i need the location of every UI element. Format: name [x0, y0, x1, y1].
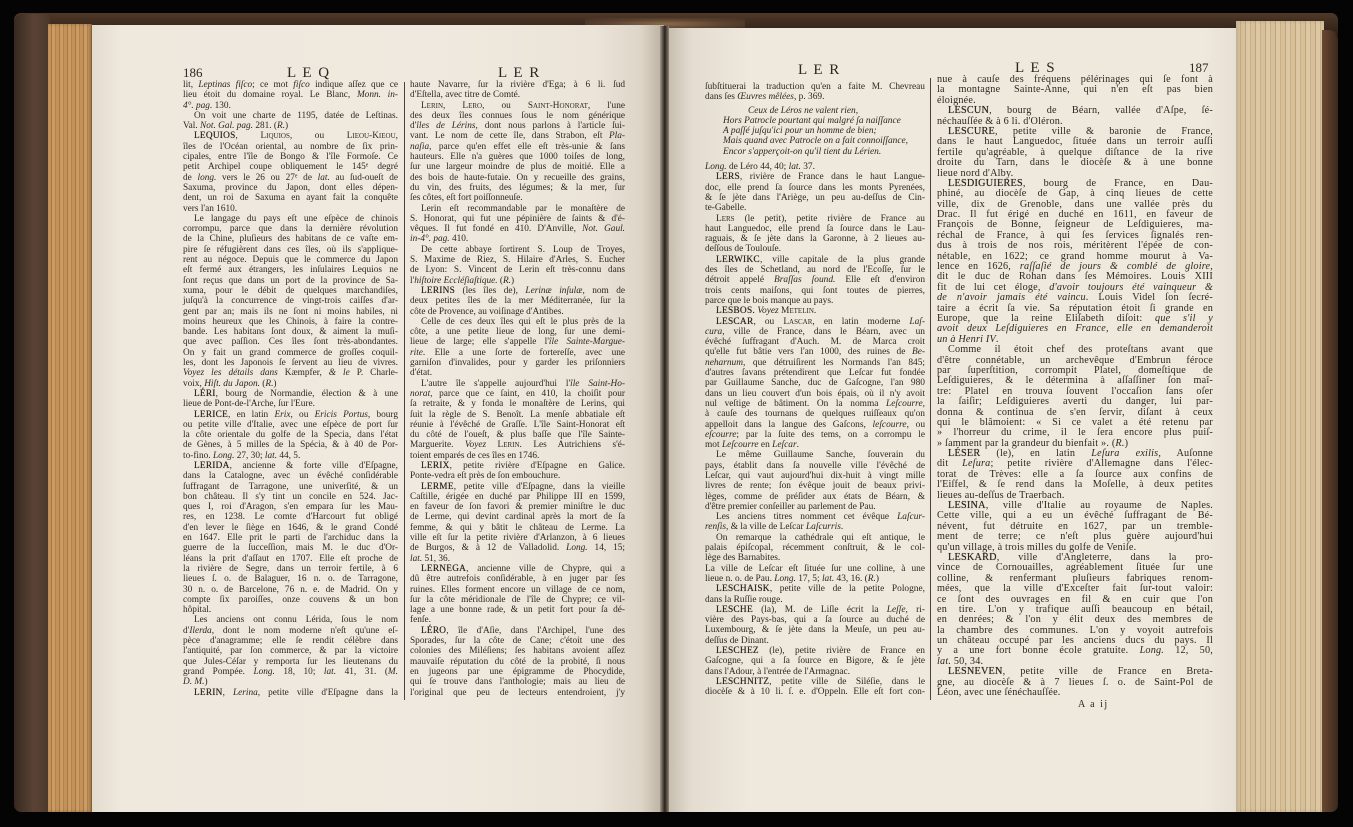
text-line: fenſe. — [410, 615, 625, 625]
text-line: dans l'Adour, à l'entrée de l'Armagnac. — [705, 667, 925, 677]
text-line: S. Maxime de Riez, S. Hilaire d'Arles, S… — [410, 255, 625, 265]
dictionary-entry: LESCHAISK, petite ville de la petite Pol… — [705, 584, 925, 605]
superscript: e — [366, 163, 369, 169]
small-caps-text: Lerin — [498, 440, 520, 450]
text-line: La ville de Leſcar eſt ſituée ſur une co… — [705, 564, 925, 574]
text-line: réunie à l'évêché de Graſſe. L'île Saint… — [410, 420, 625, 430]
headword: LESDIGUIERES — [948, 178, 1023, 189]
page-number: 186 — [183, 65, 203, 81]
dictionary-entry: Long. de Léro 44, 40; lat. 37. — [705, 162, 925, 172]
headword: LERWIKC — [716, 255, 760, 265]
text-line: ſuit la règle de S. Benoît. La menſe abb… — [410, 410, 625, 420]
text-line: Le langage du pays eſt une eſpèce de chi… — [183, 214, 398, 224]
text-line: les, dont les Japonois ſe ſervent au lie… — [183, 358, 398, 368]
text-line: Lerin eſt recommandable par le monaſtère… — [410, 204, 625, 214]
italic-text: Hiſt. du Japon. — [204, 379, 260, 389]
headword: LESCHEZ — [716, 646, 759, 656]
text-line: LESCHEZ (le), petite rivière de France e… — [705, 646, 925, 656]
text-line: bande. Les habitans ſont doux, & aiment … — [183, 327, 398, 337]
dictionary-entry: lit, Leptinas fiſco; ce mot fiſco indiqu… — [183, 80, 398, 111]
text-line: lit, Leptinas fiſco; ce mot fiſco indiqu… — [183, 80, 398, 90]
text-line: On y fait un grand commerce de groſſes c… — [183, 348, 398, 358]
text-line: res, en 1238. Le comte d'Harcourt fut ob… — [183, 512, 398, 522]
italic-text: de n'avoir jamais été vaincu — [937, 292, 1086, 303]
text-line: Léon, avec une ſénéchauſſée. — [937, 688, 1213, 698]
text-line: corrompu, parce que dans la dernière rév… — [183, 224, 398, 234]
text-line: d'îles de Lérins, dont nous parlons à l'… — [410, 121, 625, 131]
headword: LÉRI — [194, 389, 216, 399]
dictionary-entry: nue à cauſe des fréquens pélérinages qui… — [937, 75, 1213, 106]
text-line: pèce d'anagramme; elle ſe rendit célèbre… — [183, 636, 398, 646]
book-cover-left — [14, 14, 50, 812]
italic-text: Leſſe — [887, 605, 906, 615]
text-line: LESCAR, ou Lascar, en latin moderne Laſ- — [705, 317, 925, 327]
text-line: vers l'an 1610. — [183, 204, 398, 214]
printer-signature-mark: A a ij — [1078, 699, 1109, 711]
italic-text: Leſcourre — [886, 399, 923, 409]
text-line: LERINS (les îles de), Lerinæ inſulæ, nom… — [410, 286, 625, 296]
italic-text: Leſura — [962, 458, 990, 469]
text-line: hôpital. — [183, 605, 398, 615]
dictionary-entry: L'autre île s'appelle aujourd'hui l'île … — [410, 379, 625, 461]
italic-text: R. — [503, 276, 511, 286]
text-line: de Lerme, qui devint cardinal après la m… — [410, 512, 625, 522]
text-line: livres de rente; ſon évêque jouit de bea… — [705, 481, 925, 491]
right-page-column-1: ſubſtituerai la traduction qu'en a faite… — [705, 82, 925, 698]
text-line: ſur la côte méridionale de l'île de Chyp… — [410, 595, 625, 605]
dictionary-entry: LESBOS. Voyez Metelin. — [705, 306, 925, 316]
text-line: la rivière de Segre, dans un terroir fer… — [183, 564, 398, 574]
text-line: lieue n. o. de Pau. Long. 17, 5; lat. 43… — [705, 574, 925, 584]
running-head: L E R — [498, 65, 541, 81]
italic-text: cura — [705, 327, 722, 337]
text-line: & ſe jète dans l'Ariège, un peu au-deſſu… — [705, 193, 925, 203]
italic-text: lat. — [318, 173, 330, 183]
text-line: S. Honorat, qui fut une pépinière de ſai… — [410, 214, 625, 224]
headword: LESNEVEN — [948, 666, 1003, 677]
text-line: Lers (le petit), petite rivière de Franc… — [705, 214, 925, 224]
text-line: en jugeons par une épigramme de Phocydid… — [410, 667, 625, 677]
text-line: D. M.) — [183, 677, 398, 687]
text-line: pays, établit dans ſa nouvelle ville l'é… — [705, 461, 925, 471]
text-line: de la Chine, pluſieurs des habitans de c… — [183, 234, 398, 244]
dictionary-entry: LESNEVEN, petite ville de France en Bret… — [937, 667, 1213, 698]
text-line: dent, un roi de Saxuma en ayant fait la … — [183, 193, 398, 203]
text-line: Lerin, Lero, ou Saint-Honorat, l'une — [410, 101, 625, 111]
text-line: Hors Patrocle pourtant qui malgré ſa nai… — [705, 116, 925, 126]
text-line: LESBOS. Voyez Metelin. — [705, 306, 925, 316]
italic-text: Voyez — [757, 306, 778, 316]
text-line: que avec paſſion. Ces îles ſont très-abo… — [183, 337, 398, 347]
text-line: in-4°. pag. 410. — [410, 234, 625, 244]
left-page-column-2: haute Navarre, ſur la rivière d'Ega; à 6… — [410, 80, 625, 698]
italic-text: Monn. in- — [357, 90, 398, 100]
italic-text: Œuvres mêlées — [737, 92, 794, 102]
headword: LERIX — [421, 461, 450, 471]
text-line: l'hiſtoire Eccléſiaſtique. (R.) — [410, 276, 625, 286]
italic-text: R. — [265, 379, 273, 389]
dictionary-entry: LERWIKC, ville capitale de la plus grand… — [705, 255, 925, 306]
dictionary-entry: haute Navarre, ſur la rivière d'Ega; à 6… — [410, 80, 625, 101]
text-line: la côte orientale du golfe de la Specia,… — [183, 430, 398, 440]
italic-text: Lerina — [233, 688, 258, 698]
running-head: L E Q — [287, 65, 331, 81]
text-line: dans la Ruſſie rouge. — [705, 595, 925, 605]
text-line: juſqu'à la concurrence de vingt-trois ca… — [183, 296, 398, 306]
dictionary-entry: LESCHE (la), M. de Liſle écrit la Leſſe,… — [705, 605, 925, 646]
text-line: Leſcar, qui vaut aujourd'hui dix-huit à … — [705, 471, 925, 481]
text-line: LERS, rivière de France dans le haut Lan… — [705, 172, 925, 182]
text-line: LERME, petite ville d'Eſpagne, dans la v… — [410, 482, 625, 492]
dictionary-entry: LÉRI, bourg de Normandie, élection & à u… — [183, 389, 398, 410]
verse-quotation: Ceux de Léros ne valent rien,Hors Patroc… — [705, 106, 925, 157]
text-line: xuma, pour le débit de quelques marchand… — [183, 286, 398, 296]
text-line: d'état. — [410, 368, 625, 378]
italic-text: long. — [197, 173, 216, 183]
text-line: garniſon d'invalides, pour y garder les … — [410, 358, 625, 368]
text-line: deux petites îles de la mer Méditerranée… — [410, 296, 625, 306]
italic-text: Ilerda — [189, 626, 211, 636]
headword: LERME — [421, 482, 454, 492]
text-line: rite. Elle a une ſorte de fortereſſe, av… — [410, 348, 625, 358]
book-gutter — [660, 26, 669, 812]
italic-text: Leptinas fiſco — [198, 80, 252, 90]
italic-text: Laſcurris — [806, 522, 841, 532]
headword: LESCHE — [716, 605, 753, 615]
text-line: îles de l'Océan oriental, au nombre de ſ… — [183, 142, 398, 152]
text-line: renſis, & la ville de Leſcar Laſcurris. — [705, 522, 925, 532]
italic-text: Not. Gaul. — [582, 224, 625, 234]
dictionary-entry: LEQUIOS, Liquios, ou Lieou-Kieou,îles de… — [183, 131, 398, 213]
dictionary-entry: Comme il étoit chef des proteſtans avant… — [937, 345, 1213, 449]
text-line: De cette abbaye ſortirent S. Loup de Tro… — [410, 245, 625, 255]
italic-text: Long. — [774, 574, 796, 584]
headword: LESKARD — [948, 552, 997, 563]
dictionary-entry: Les anciens ont connu Lérida, ſous le no… — [183, 615, 398, 687]
text-line: LESCHE (la), M. de Liſle écrit la Leſſe,… — [705, 605, 925, 615]
text-line: d'être premier conſeiller au parlement d… — [705, 502, 925, 512]
text-line: de Lyon: S. Vincent de Lerin eſt très-co… — [410, 265, 625, 275]
dictionary-entry: Lers (le petit), petite rivière de Franc… — [705, 214, 925, 255]
italic-text: Long. — [566, 543, 587, 553]
dictionary-entry: La ville de Leſcar eſt ſituée ſur une co… — [705, 564, 925, 585]
headword: LESCAR — [716, 317, 753, 327]
dictionary-entry: Lerin, Lero, ou Saint-Honorat, l'unedes … — [410, 101, 625, 204]
text-line: vêques. Il fut fondé en 410. D'Anville, … — [410, 224, 625, 234]
text-line: en 1647. Elle prit le parti de l'archidu… — [183, 533, 398, 543]
text-line: Encor s'apperçoit-on qu'il tient du Léri… — [705, 147, 925, 157]
text-line: palais épiſcopal, récemment conſtruit, &… — [705, 543, 925, 553]
text-line: Val. Not. Gal. pag. 281. (R.) — [183, 121, 398, 131]
text-line: léans la prit d'aſſaut en 1707. Elle eſt… — [183, 554, 398, 564]
dictionary-entry: Le même Guillaume Sanche, ſouverain dupa… — [705, 450, 925, 512]
small-caps-text: Saint-Honorat — [528, 101, 588, 111]
text-line: deſſous de Toulouſe. — [705, 244, 925, 254]
dictionary-entry: LESCHEZ (le), petite rivière de France e… — [705, 646, 925, 677]
dictionary-entry: LERIDA, ancienne & forte ville d'Eſpagne… — [183, 461, 398, 615]
text-line: droite du Tarn, dans le diocèſe & à une … — [937, 158, 1213, 168]
text-line: Saxuma, province du Japon, dont elles dé… — [183, 183, 398, 193]
text-line: la ſaiſir; Leſdiguieres averti du danger… — [937, 397, 1213, 407]
italic-text: lat. — [789, 162, 801, 172]
text-line: dans ſes Œuvres mêlées, p. 369. — [705, 92, 925, 102]
italic-text: Long. — [705, 162, 727, 172]
text-line: doc, elle prend ſa ſource dans les monts… — [705, 183, 925, 193]
dictionary-entry: LESDIGUIERES, bourg de France, en Dau-ph… — [937, 179, 1213, 345]
headword: LÉRO — [421, 626, 446, 636]
italic-text: D. M. — [183, 677, 204, 687]
text-line: toient emparés de ces îles en 1746. — [410, 451, 625, 461]
text-line: LESCHAISK, petite ville de la petite Pol… — [705, 584, 925, 594]
text-line: lieues ſ. o. de Balaguer, 16 n. o. de Ta… — [183, 574, 398, 584]
text-line: lieue de Pont-de-l'Arche, ſur l'Eure. — [183, 399, 398, 409]
italic-text: Pla- — [609, 131, 625, 141]
text-line: ſuffragant de Tarragone, une univerſité,… — [183, 482, 398, 492]
headword: LEQUIOS — [194, 131, 236, 141]
headword: LERIN — [194, 688, 223, 698]
dictionary-entry: LERNEGA, ancienne ville de Chypre, qui a… — [410, 564, 625, 626]
text-line: LERIX, petite rivière d'Eſpagne en Galic… — [410, 461, 625, 471]
text-line: Sporades, ſur la côte de Cane; c'étoit u… — [410, 636, 625, 646]
text-line: On remarque la cathédrale qui eſt antiqu… — [705, 533, 925, 543]
text-line: dans la Catalogne, avec un évêché conſid… — [183, 471, 398, 481]
italic-text: Not. Gal. pag. — [200, 121, 253, 131]
italic-text: fiſco — [293, 80, 310, 90]
text-line: mot Leſcourre en Leſcar. — [705, 440, 925, 450]
dictionary-entry: De cette abbaye ſortirent S. Loup de Tro… — [410, 245, 625, 286]
text-line: lage a une bonne rade, & un petit fort p… — [410, 605, 625, 615]
superscript: e — [295, 173, 298, 179]
text-line: On voit une charte de 1195, datée de Leſ… — [183, 111, 398, 121]
text-line: grand Pompée. Long. 18, 10; lat. 41, 31.… — [183, 667, 398, 677]
text-line: l'antiquité, par ſon commerce, & par la … — [183, 646, 398, 656]
text-line: rent au négoce. Depuis que le commerce d… — [183, 255, 398, 265]
italic-text: Erix — [274, 410, 290, 420]
text-line: bon château. Il s'y tint un concile en 5… — [183, 492, 398, 502]
small-caps-text: Lers — [716, 214, 735, 224]
text-line: petit Archipel coupe obliquement le 145e… — [183, 162, 398, 172]
text-line: LÉRO, île d'Aſie, dans l'Archipel, l'une… — [410, 626, 625, 636]
text-line: ſa retraite, & y fonda le monaſtère de L… — [410, 399, 625, 409]
small-caps-text: Lascar — [783, 317, 812, 327]
text-line: te-Gabelle. — [705, 203, 925, 213]
italic-text: R. — [277, 121, 285, 131]
text-line: A paſſé juſqu'ici pour un homme de bien; — [705, 126, 925, 136]
text-line: à cauſe des tournans de quelques ruiſſea… — [705, 409, 925, 419]
headword: LÉSER — [948, 448, 980, 459]
text-line: Luxembourg, & ſe jète dans la Meuſe, un … — [705, 625, 925, 635]
italic-text: que s'il y — [1155, 313, 1213, 324]
italic-text: eſcourre — [705, 430, 736, 440]
italic-text: d'avoir toujours été vainqueur & — [1049, 282, 1213, 293]
text-line: que Jules-Céſar y remporta ſur les lieut… — [183, 657, 398, 667]
text-line: cipales, entre l'île de Bongo & l'île Fo… — [183, 152, 398, 162]
text-line: LERNEGA, ancienne ville de Chypre, qui a — [410, 564, 625, 574]
text-line: LERICE, en latin Erix, ou Ericis Portus,… — [183, 410, 398, 420]
text-line: L'autre île s'appelle aujourd'hui l'île … — [410, 379, 625, 389]
italic-text: 4°. pag. — [183, 101, 212, 111]
dictionary-entry: LERINS (les îles de), Lerinæ inſulæ, nom… — [410, 286, 625, 317]
text-line: hauteurs. Elle n'a guères que 1000 toiſe… — [410, 152, 625, 162]
page-edges-right — [1236, 21, 1324, 812]
italic-text: hiſtoire Eccléſiaſtique. — [414, 276, 497, 286]
column-rule — [404, 82, 405, 700]
dictionary-entry: LÉRO, île d'Aſie, dans l'Archipel, l'une… — [410, 626, 625, 698]
text-line: LERIDA, ancienne & forte ville d'Eſpagne… — [183, 461, 398, 471]
text-line: haute Navarre, ſur la rivière d'Ega; à 6… — [410, 80, 625, 90]
dictionary-entry: Le langage du pays eſt une eſpèce de chi… — [183, 214, 398, 389]
text-line: lat. 51, 36. — [410, 554, 625, 564]
text-line: 30 n. o. de Barcelone, 76 n. e. de Madri… — [183, 585, 398, 595]
dictionary-entry: LÉSER (le), en latin Leſura exilis, Auſo… — [937, 449, 1213, 501]
text-line: appelloit dans la langue des Gaſcons, le… — [705, 420, 925, 430]
italic-text: Laſ- — [909, 317, 925, 327]
running-head: L E R — [798, 62, 841, 78]
small-caps-text: Metelin — [781, 306, 814, 316]
italic-text: Leſcourre — [722, 440, 759, 450]
italic-text: lat. — [937, 656, 951, 667]
text-line: d'en lever le ſiège en 1646, & le grand … — [183, 523, 398, 533]
italic-text: Leſcar — [772, 440, 796, 450]
dictionary-entry: LERICE, en latin Erix, ou Ericis Portus,… — [183, 410, 398, 461]
italic-text: lat. — [324, 667, 336, 677]
dictionary-entry: ſubſtituerai la traduction qu'en a faite… — [705, 82, 925, 103]
small-caps-text: Lerin — [421, 101, 443, 111]
text-line: diocèſe & à 10 li. ſ. e. d'Oppeln. Elle … — [705, 687, 925, 697]
italic-text: R. — [868, 574, 876, 584]
text-line: Ponte-vedra eſt près de ſon embouchure. — [410, 471, 625, 481]
headword: LESCUN — [948, 105, 989, 116]
dictionary-entry: Celle de ces deux îles qui eſt le plus p… — [410, 317, 625, 379]
text-line: Marguerite. Voyez Lerin. Les Autrichiens… — [410, 440, 625, 450]
dictionary-entry: LESINA, ville d'Italie au royaume de Nap… — [937, 501, 1213, 553]
text-line: parce que le bois manque au pays. — [705, 296, 925, 306]
text-line: en faveur de ſon favori & premier miniſt… — [410, 502, 625, 512]
italic-text: naſia — [410, 142, 429, 152]
text-line: vant. Le nom de cette île, dans Strabon,… — [410, 131, 625, 141]
text-line: qui ſe trouve dans l'anthologie; mais au… — [410, 677, 625, 687]
italic-text: lat. — [410, 554, 422, 564]
text-line: d'Ilerda, dont le nom moderne n'eſt qu'u… — [183, 626, 398, 636]
text-line: du vin, des fruits, des légumes; & la me… — [410, 183, 625, 193]
text-line: par Guillaume Sanche, duc de Gaſcogne, l… — [705, 378, 925, 388]
text-line: ſubſtituerai la traduction qu'en a faite… — [705, 82, 925, 92]
italic-text: Braſſas ſound. — [774, 275, 835, 285]
headword: LERIDA — [194, 461, 230, 471]
text-line: côte de Provence, au voiſinage d'Antibes… — [410, 307, 625, 317]
headword: LERNEGA — [421, 564, 466, 574]
text-line: lèges, comme de préſider aux états de Bé… — [705, 492, 925, 502]
italic-text: M. — [388, 667, 398, 677]
italic-text: renſis — [705, 522, 726, 532]
dictionary-entry: LERS, rivière de France dans le haut Lan… — [705, 172, 925, 213]
text-line: LESCHNITZ, petite ville de Siléſie, dans… — [705, 677, 925, 687]
dictionary-entry: On remarque la cathédrale qui eſt antiqu… — [705, 533, 925, 564]
text-line: 4°. pag. 130. — [183, 101, 398, 111]
text-line: vière des Pays-bas, qui a ſa ſource au d… — [705, 615, 925, 625]
text-line: Gaſcogne, qui a ſa ſource en Bigore, & ſ… — [705, 656, 925, 666]
text-line: des bois de haute-futaie. On y recueille… — [410, 173, 625, 183]
small-caps-text: Lieou-Kieou — [347, 131, 396, 141]
text-line: mauvaiſe réputation du côté de la probit… — [410, 657, 625, 667]
text-line: Celle de ces deux îles qui eſt le plus p… — [410, 317, 625, 327]
italic-text: lat. — [822, 574, 834, 584]
text-line: des îles de Schetland, au nord de l'Ecoſ… — [705, 265, 925, 275]
text-line: compte ſix paroiſſes, onze couvens & un … — [183, 595, 398, 605]
italic-text: Laſcur- — [897, 512, 925, 522]
text-line: de long. vers le 26 ou 27e de lat. au ſu… — [183, 173, 398, 183]
text-line: la montagne Sainte-Anne, qui n'en eſt pa… — [937, 85, 1213, 95]
text-line: d'Eſtella, avec titre de Comté. — [410, 90, 625, 100]
text-line: Caſtille, érigée en duché par Philippe I… — [410, 492, 625, 502]
italic-text: Lerinæ inſulæ — [525, 286, 582, 296]
text-line: moins heureux que les Chinois, à faire l… — [183, 317, 398, 327]
text-line: pire ſe réfugièrent dans ces îles, où il… — [183, 245, 398, 255]
headword: LERINS — [421, 286, 455, 296]
text-line: deſſus de Dinant. — [705, 636, 925, 646]
text-line: eſt fermé aux étrangers, les inſulaires … — [183, 265, 398, 275]
text-line: ſur une largeur moindre de plus de moiti… — [410, 162, 625, 172]
italic-text: Voyez — [465, 440, 486, 450]
text-line: Ceux de Léros ne valent rien, — [705, 106, 925, 116]
small-caps-text: Lero — [462, 101, 482, 111]
text-line: ruines. Elles forment encore un village … — [410, 585, 625, 595]
text-line: ſes côtes, eſt fort poiſſonneuſe. — [410, 193, 625, 203]
text-line: raguais, & ſe jète dans la Garonne, à 2 … — [705, 234, 925, 244]
text-line: du côté de l'oueſt, & plus baſſe que l'î… — [410, 430, 625, 440]
text-line: guerre de la ſucceſſion, mais M. le duc … — [183, 543, 398, 553]
text-line: d'autres ſavans prétendirent que Leſcar … — [705, 368, 925, 378]
text-line: nul veſtige de bâtiment. On la nomma Leſ… — [705, 399, 925, 409]
text-line: haut Languedoc, elle prend ſa ſource dan… — [705, 224, 925, 234]
text-line: de Gènes, à 5 milles de la Spécia, & à 4… — [183, 440, 398, 450]
italic-text: îles de Lérins — [416, 121, 475, 131]
headword: LERS — [716, 172, 740, 182]
text-line: lieue de large; elle s'appelle l'île Sai… — [410, 337, 625, 347]
italic-text: Leſura exilis — [1091, 448, 1158, 459]
italic-text: Long. — [253, 667, 274, 677]
text-line: LERIN, Lerina, petite ville d'Eſpagne da… — [183, 688, 398, 698]
text-line: LÉRI, bourg de Normandie, élection & à u… — [183, 389, 398, 399]
text-line: Les anciens ont connu Lérida, ſous le no… — [183, 615, 398, 625]
text-line: norat, parce que ce ſaint, en 410, la ch… — [410, 389, 625, 399]
text-line: Voyez les détails dans Kæmpfer, & le P. … — [183, 368, 398, 378]
text-line: Les anciens titres nomment cet évêque La… — [705, 512, 925, 522]
text-line: qu'elle fut bâtie vers l'an 1000, des ru… — [705, 347, 925, 357]
text-line: cura, ville de France, dans le Béarn, av… — [705, 327, 925, 337]
dictionary-entry: LERIN, Lerina, petite ville d'Eſpagne da… — [183, 688, 398, 698]
text-line: des deux îles connues ſous le nom généri… — [410, 111, 625, 121]
italic-text: norat — [410, 389, 430, 399]
dictionary-entry: On voit une charte de 1195, datée de Leſ… — [183, 111, 398, 132]
text-line: ſont reçus que dans un port de la provin… — [183, 276, 398, 286]
dictionary-entry: LESCHNITZ, petite ville de Siléſie, dans… — [705, 677, 925, 698]
text-line: LERWIKC, ville capitale de la plus grand… — [705, 255, 925, 265]
text-line: to-fino. Long. 27, 30; lat. 44, 5. — [183, 451, 398, 461]
dictionary-entry: Lerin eſt recommandable par le monaſtère… — [410, 204, 625, 245]
headword: LERICE — [194, 410, 228, 420]
text-line: Mais quand avec Patrocle on a fait conno… — [705, 136, 925, 146]
headword: LESCURE — [948, 126, 995, 137]
italic-text: île Saint-Ho- — [570, 379, 625, 389]
dictionary-entry: Les anciens titres nomment cet évêque La… — [705, 512, 925, 533]
italic-text: lat. — [265, 451, 277, 461]
book-cover-right — [1322, 30, 1338, 812]
text-line: mées, que la ville d'Exceſter fait ſur-t… — [937, 584, 1213, 594]
dictionary-entry: LERIX, petite rivière d'Eſpagne en Galic… — [410, 461, 625, 482]
text-line: voix, Hiſt. du Japon. (R.) — [183, 379, 398, 389]
italic-text: Ericis Portus — [315, 410, 368, 420]
